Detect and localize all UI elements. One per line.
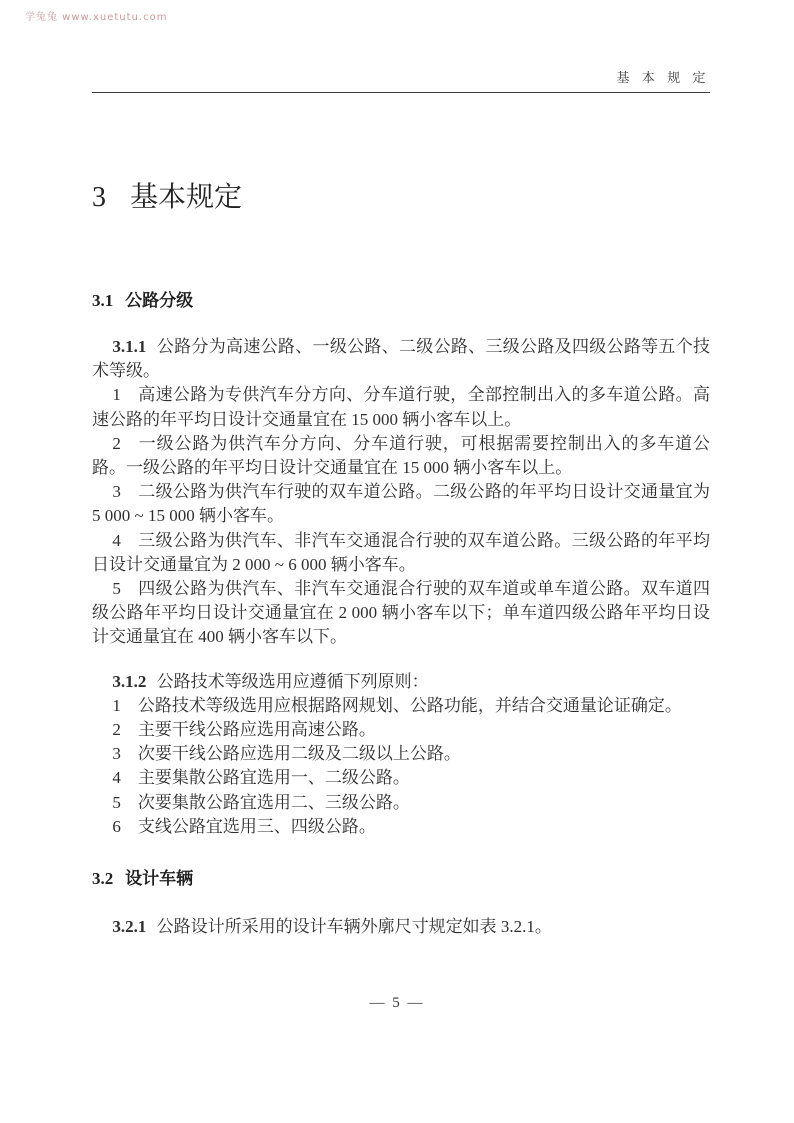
list-item: 3二级公路为供汽车行驶的双车道公路。二级公路的年平均日设计交通量宜为 5 000… (92, 480, 710, 528)
item-text: 公路技术等级选用应根据路网规划、公路功能，并结合交通量论证确定。 (138, 696, 682, 715)
chapter-number: 3 (92, 182, 106, 213)
clause-3-1-2: 3.1.2公路技术等级选用应遵循下列原则： (92, 670, 710, 694)
item-text: 次要集散公路宜选用二、三级公路。 (138, 793, 410, 812)
item-text: 主要集散公路宜选用一、二级公路。 (138, 768, 410, 787)
clause-text: 公路技术等级选用应遵循下列原则： (157, 672, 429, 691)
item-text: 二级公路为供汽车行驶的双车道公路。二级公路的年平均日设计交通量宜为 5 000 … (92, 482, 710, 525)
list-item: 4主要集散公路宜选用一、二级公路。 (92, 766, 710, 790)
list-item: 1高速公路为专供汽车分方向、分车道行驶，全部控制出入的多车道公路。高速公路的年平… (92, 383, 710, 431)
item-text: 高速公路为专供汽车分方向、分车道行驶，全部控制出入的多车道公路。高速公路的年平均… (92, 385, 710, 428)
list-item: 1公路技术等级选用应根据路网规划、公路功能，并结合交通量论证确定。 (92, 694, 710, 718)
list-item: 3次要干线公路应选用二级及二级以上公路。 (92, 742, 710, 766)
item-text: 支线公路宜选用三、四级公路。 (138, 817, 376, 836)
item-number: 4 (112, 768, 121, 787)
clause-3-1-1: 3.1.1公路分为高速公路、一级公路、二级公路、三级公路及四级公路等五个技术等级… (92, 335, 710, 383)
section-number: 3.1 (92, 291, 113, 310)
list-item: 4三级公路为供汽车、非汽车交通混合行驶的双车道公路。三级公路的年平均日设计交通量… (92, 529, 710, 577)
item-number: 3 (112, 744, 121, 763)
item-number: 5 (112, 579, 121, 598)
item-text: 四级公路为供汽车、非汽车交通混合行驶的双车道或单车道公路。双车道四级公路年平均日… (92, 579, 710, 646)
clause-text: 公路分为高速公路、一级公路、二级公路、三级公路及四级公路等五个技术等级。 (92, 337, 710, 380)
item-number: 1 (112, 696, 121, 715)
clause-text: 公路设计所采用的设计车辆外廓尺寸规定如表 3.2.1。 (157, 917, 552, 936)
chapter-title: 3基本规定 (92, 181, 710, 215)
item-text: 主要干线公路应选用高速公路。 (138, 720, 376, 739)
page-content: 基 本 规 定 3基本规定 3.1公路分级 3.1.1公路分为高速公路、一级公路… (92, 0, 710, 939)
list-item: 2一级公路为供汽车分方向、分车道行驶，可根据需要控制出入的多车道公路。一级公路的… (92, 432, 710, 480)
chapter-title-text: 基本规定 (130, 182, 242, 213)
section-heading-3-2: 3.2设计车辆 (92, 867, 710, 891)
clause-number: 3.1.2 (112, 672, 146, 691)
list-item: 5四级公路为供汽车、非汽车交通混合行驶的双车道或单车道公路。双车道四级公路年平均… (92, 577, 710, 650)
item-text: 一级公路为供汽车分方向、分车道行驶，可根据需要控制出入的多车道公路。一级公路的年… (92, 434, 710, 477)
page-header: 基 本 规 定 (92, 70, 710, 86)
item-number: 2 (112, 434, 121, 453)
section-number: 3.2 (92, 869, 113, 888)
section-title-text: 公路分级 (125, 291, 193, 310)
item-text: 次要干线公路应选用二级及二级以上公路。 (138, 744, 461, 763)
item-number: 5 (112, 793, 121, 812)
page-number: — 5 — (0, 995, 794, 1012)
header-rule (92, 92, 710, 93)
item-text: 三级公路为供汽车、非汽车交通混合行驶的双车道公路。三级公路的年平均日设计交通量宜… (92, 531, 710, 574)
clause-3-2-1: 3.2.1公路设计所采用的设计车辆外廓尺寸规定如表 3.2.1。 (92, 915, 710, 939)
item-number: 4 (112, 531, 121, 550)
running-head: 基 本 规 定 (616, 70, 710, 85)
item-number: 1 (112, 385, 121, 404)
section-heading-3-1: 3.1公路分级 (92, 289, 710, 313)
item-number: 6 (112, 817, 121, 836)
item-number: 2 (112, 720, 121, 739)
list-item: 6支线公路宜选用三、四级公路。 (92, 815, 710, 839)
list-item: 2主要干线公路应选用高速公路。 (92, 718, 710, 742)
section-title-text: 设计车辆 (125, 869, 193, 888)
list-item: 5次要集散公路宜选用二、三级公路。 (92, 791, 710, 815)
clause-number: 3.2.1 (112, 917, 146, 936)
item-number: 3 (112, 482, 121, 501)
clause-number: 3.1.1 (112, 337, 146, 356)
